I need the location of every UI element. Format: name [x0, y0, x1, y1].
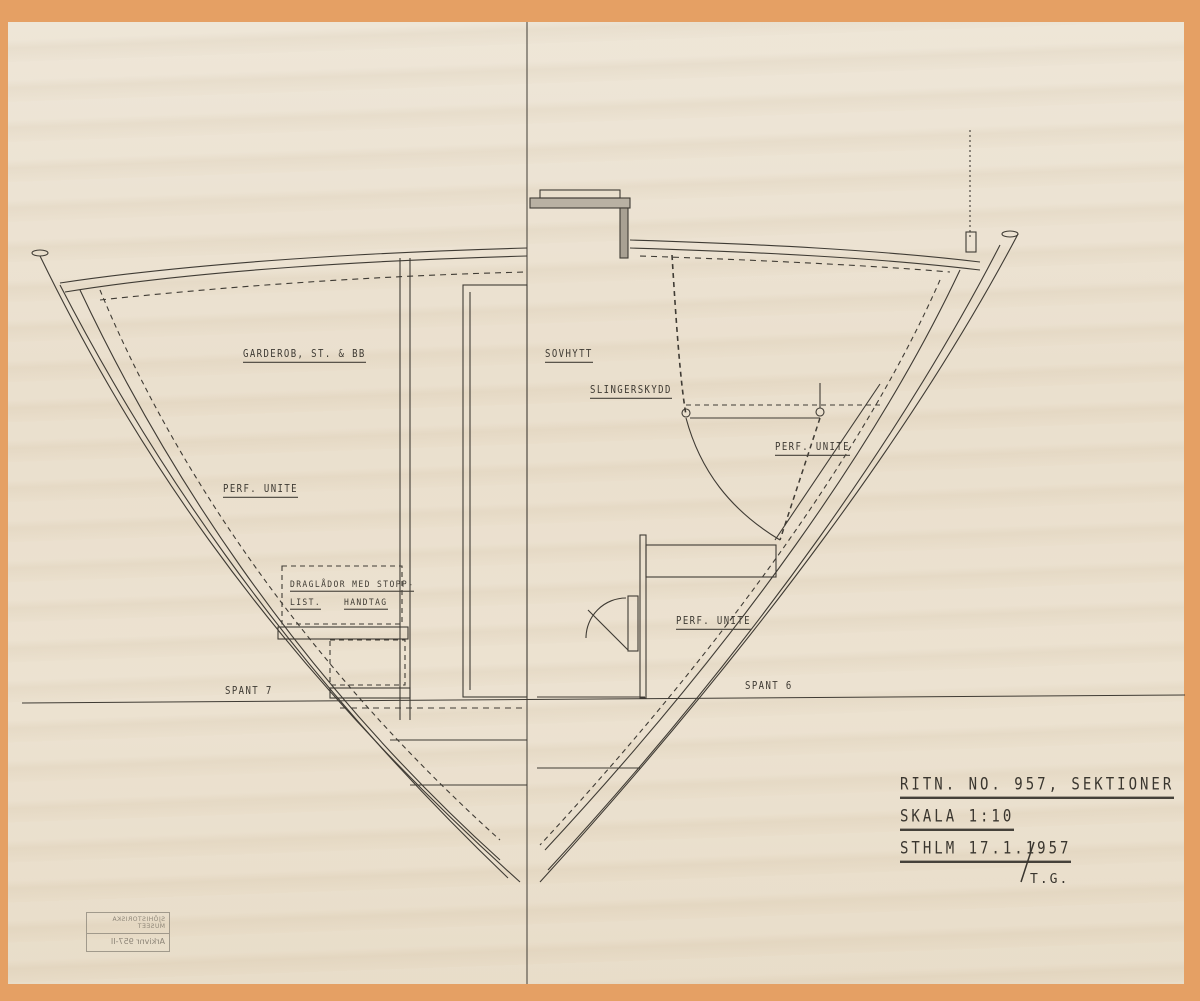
drawing-scale: SKALA 1:10 [900, 807, 1014, 831]
label-list: LIST. [290, 597, 321, 610]
label-handtag: HANDTAG [344, 597, 388, 610]
stamp-archive-number: 957-II [111, 937, 134, 946]
drafter-initials: T.G. [1030, 872, 1069, 887]
label-sovhytt: SOVHYTT [545, 349, 593, 363]
stamp-archive-label: Arkivnr [136, 937, 165, 946]
label-perf-unite-right-upper: PERF. UNITE [775, 442, 850, 456]
stamp-institution: SJÖHISTORISKA MUSEET [87, 913, 169, 934]
drawing-number: RITN. NO. 957, SEKTIONER [900, 775, 1174, 799]
drawing-place-date: STHLM 17.1.1957 [900, 839, 1071, 863]
label-perf-unite-left: PERF. UNITE [223, 484, 298, 498]
label-perf-unite-right-lower: PERF. UNITE [676, 616, 751, 630]
museum-stamp: SJÖHISTORISKA MUSEET Arkivnr 957-II [86, 912, 170, 952]
label-slingerskydd: SLINGERSKYDD [590, 385, 672, 399]
label-draglador: DRAGLÅDOR MED STOPP- [290, 579, 414, 592]
waterline [22, 695, 1185, 703]
label-garderob: GARDEROB, ST. & BB [243, 349, 366, 363]
label-spant-6: SPANT 6 [745, 681, 793, 694]
label-spant-7: SPANT 7 [225, 686, 273, 699]
